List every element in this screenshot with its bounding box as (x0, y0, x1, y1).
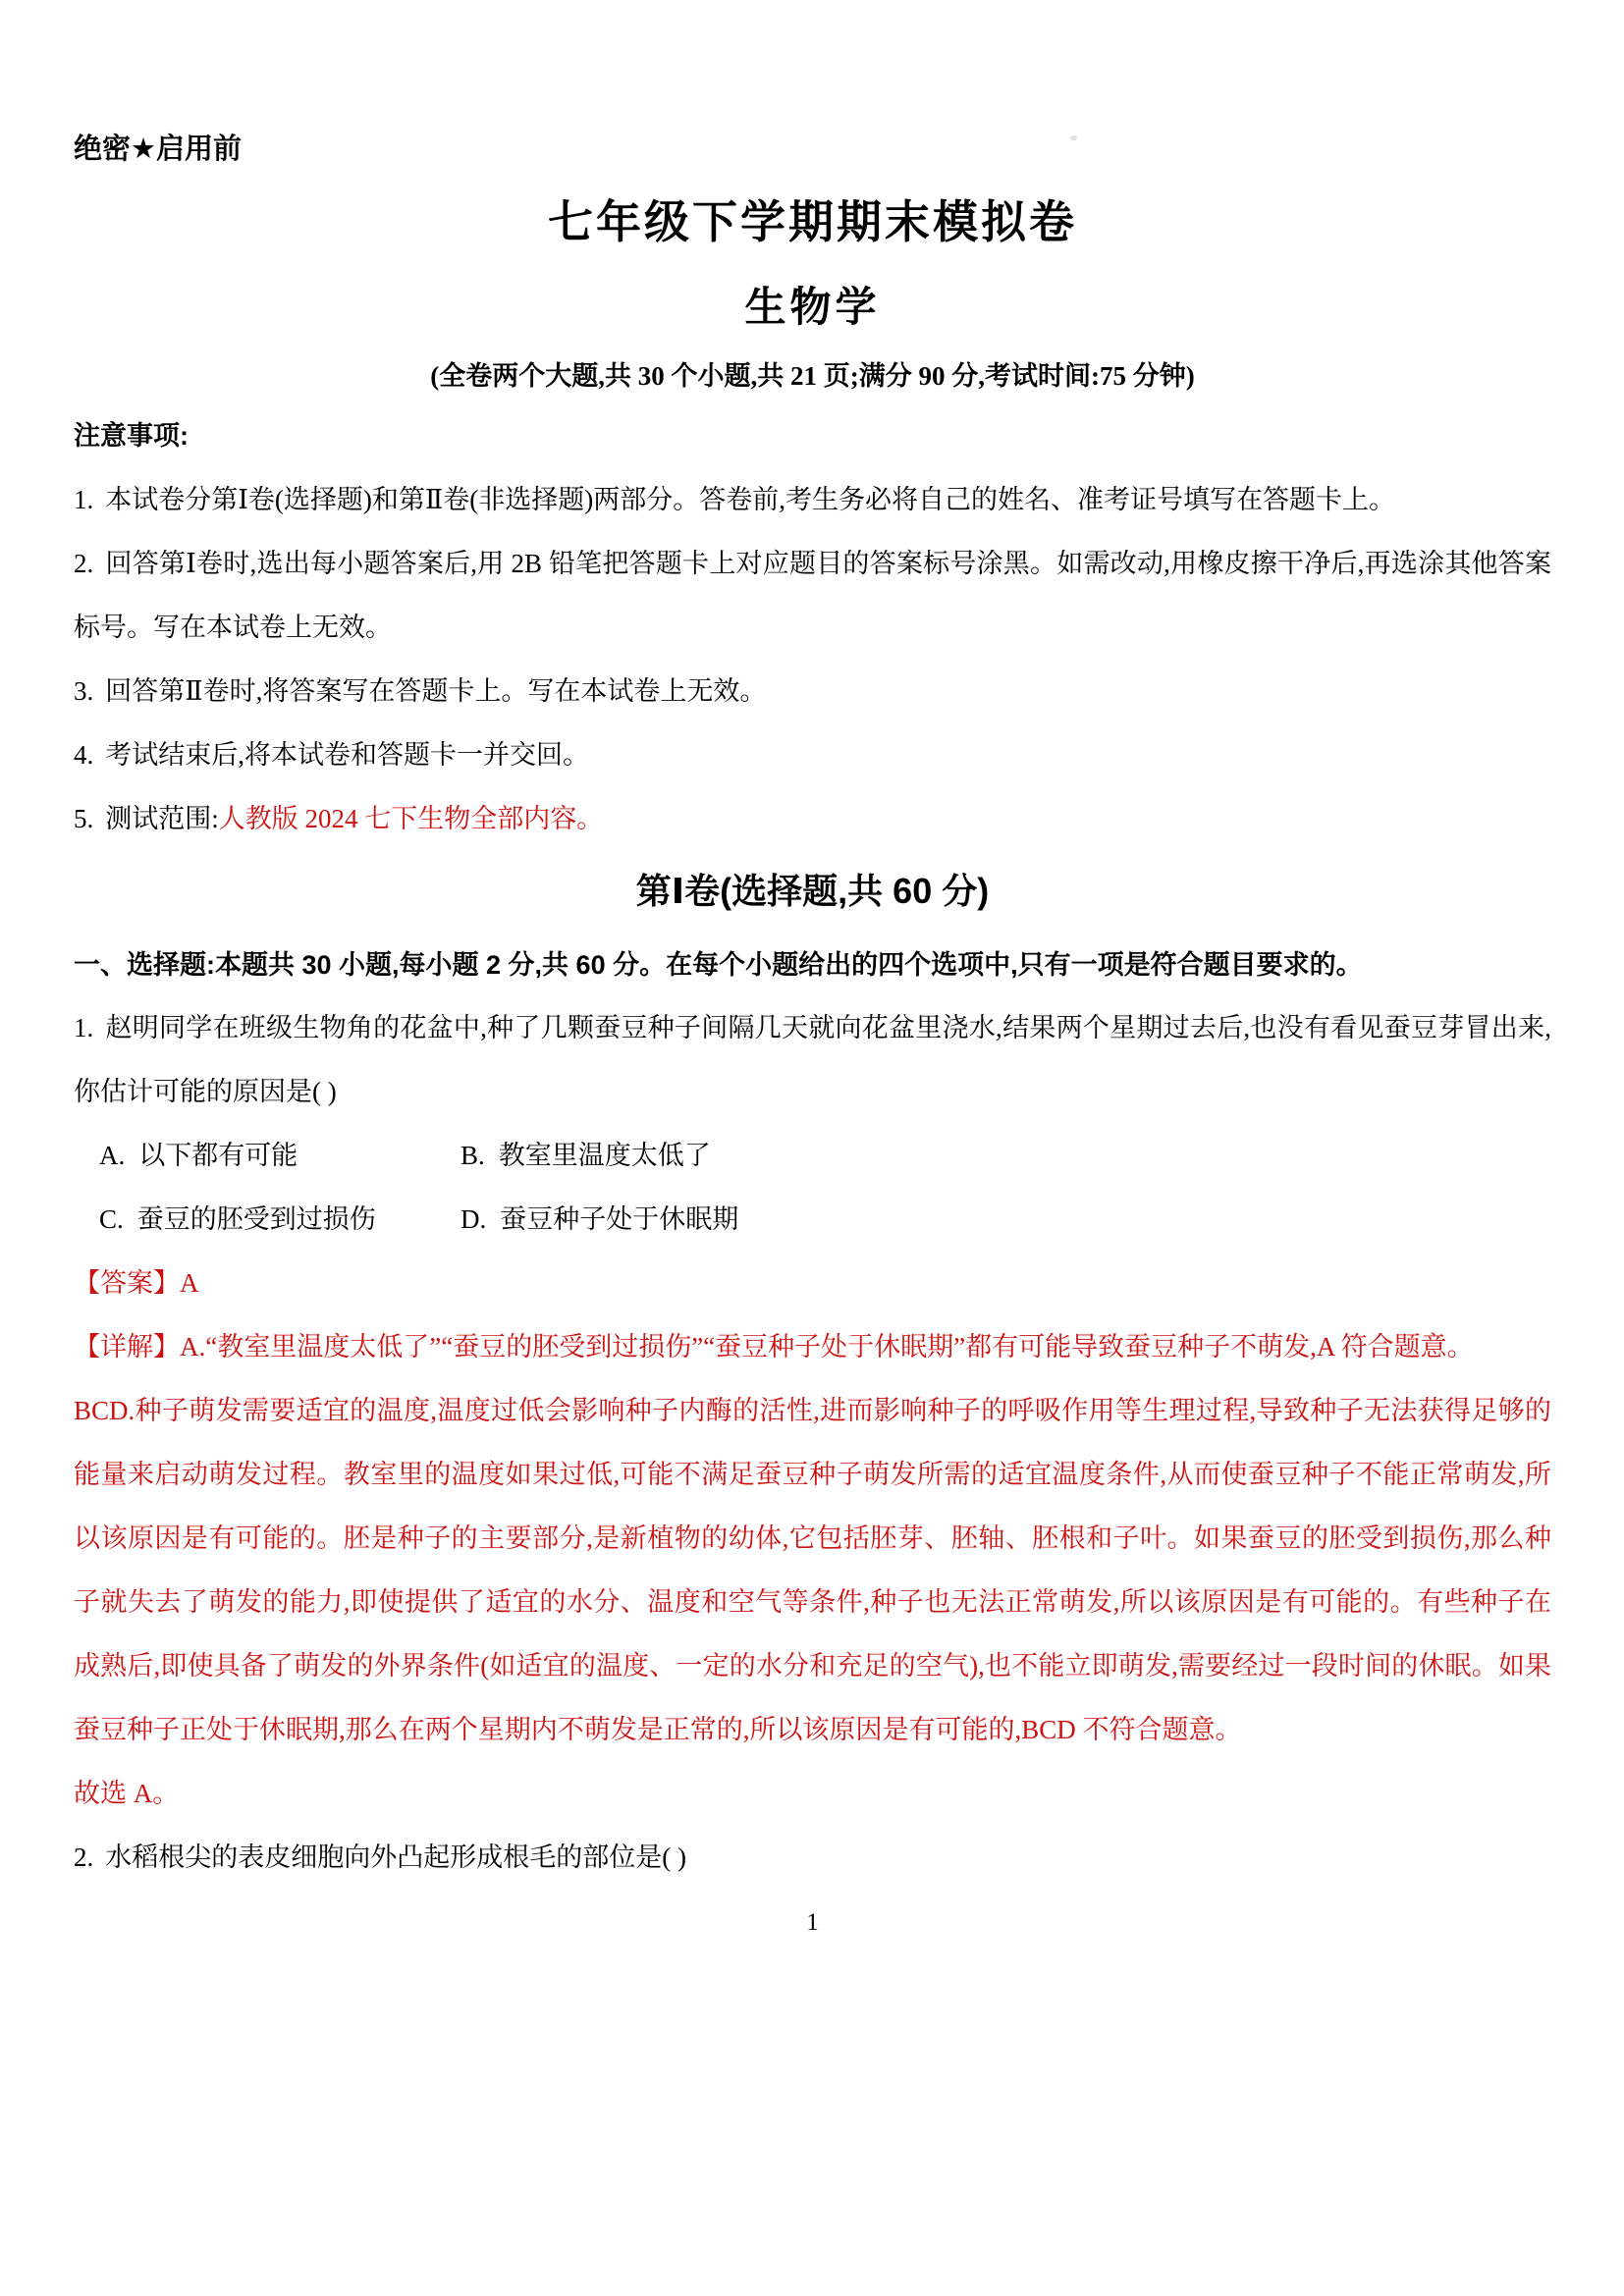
option-label: B. (460, 1141, 485, 1170)
exam-paper-page: { "colors": { "red": "#cc1111", "ink": "… (0, 0, 1624, 2296)
paper-meta-line: (全卷两个大题,共 30 个小题,共 21 页;满分 90 分,考试时间:75 … (74, 359, 1551, 393)
notice-item-2: 2.回答第Ⅰ卷时,选出每小题答案后,用 2B 铅笔把答题卡上对应题目的答案标号涂… (74, 532, 1551, 660)
question-stem-text: 赵明同学在班级生物角的花盆中,种了几颗蚕豆种子间隔几天就向花盆里浇水,结果两个星… (74, 1013, 1551, 1106)
option-label: A. (99, 1141, 125, 1170)
notice-item-1: 1.本试卷分第Ⅰ卷(选择题)和第Ⅱ卷(非选择题)两部分。答卷前,考生务必将自己的… (74, 468, 1551, 532)
notice-item-number: 3. (74, 676, 93, 706)
option-b: B.教室里温度太低了 (460, 1124, 1551, 1188)
option-text: 教室里温度太低了 (499, 1141, 711, 1170)
answer-value: A (180, 1268, 199, 1298)
subject-title: 生物学 (74, 283, 1551, 332)
notice-item-text: 回答第Ⅱ卷时,将答案写在答题卡上。写在本试卷上无效。 (105, 676, 766, 706)
notice-item-number: 5. (74, 804, 93, 833)
analysis-text: A.“教室里温度太低了”“蚕豆的胚受到过损伤”“蚕豆种子处于休眠期”都有可能导致… (180, 1332, 1474, 1362)
notice-item-number: 2. (74, 549, 93, 578)
option-label: C. (99, 1204, 124, 1234)
option-c: C.蚕豆的胚受到过损伤 (99, 1188, 460, 1252)
analysis-paragraph-2: BCD.种子萌发需要适宜的温度,温度过低会影响种子内酶的活性,进而影响种子的呼吸… (74, 1379, 1551, 1762)
analysis-conclusion: 故选 A。 (74, 1762, 1551, 1826)
analysis-paragraph-1: 【详解】A.“教室里温度太低了”“蚕豆的胚受到过损伤”“蚕豆种子处于休眠期”都有… (74, 1315, 1551, 1379)
notice-item-number: 4. (74, 740, 93, 770)
option-text: 蚕豆的胚受到过损伤 (137, 1204, 376, 1234)
test-scope-highlight: 人教版 2024 七下生物全部内容。 (219, 804, 604, 833)
option-a: A.以下都有可能 (99, 1124, 460, 1188)
notice-item-text: 考试结束后,将本试卷和答题卡一并交回。 (105, 740, 589, 770)
scan-speck-artifact (1070, 135, 1077, 140)
page-number: 1 (74, 1894, 1551, 1952)
paper-title: 七年级下学期期末模拟卷 (74, 194, 1551, 249)
question-1-stem: 1.赵明同学在班级生物角的花盆中,种了几颗蚕豆种子间隔几天就向花盆里浇水,结果两… (74, 996, 1551, 1124)
question-number: 2. (74, 1842, 93, 1872)
notice-item-5: 5.测试范围:人教版 2024 七下生物全部内容。 (74, 787, 1551, 851)
answer-label: 【答案】 (74, 1268, 180, 1298)
question-2-stem: 2.水稻根尖的表皮细胞向外凸起形成根毛的部位是( ) (74, 1826, 1551, 1890)
section1-instruction: 一、选择题:本题共 30 小题,每小题 2 分,共 60 分。在每个小题给出的四… (74, 934, 1551, 996)
answer-line: 【答案】A (74, 1252, 1551, 1315)
notice-item-3: 3.回答第Ⅱ卷时,将答案写在答题卡上。写在本试卷上无效。 (74, 660, 1551, 723)
option-d: D.蚕豆种子处于休眠期 (460, 1188, 1551, 1252)
notice-heading: 注意事项: (74, 404, 1551, 468)
question-1-options: A.以下都有可能 B.教室里温度太低了 C.蚕豆的胚受到过损伤 D.蚕豆种子处于… (74, 1124, 1551, 1252)
notice-item-number: 1. (74, 485, 93, 514)
analysis-label: 【详解】 (74, 1332, 180, 1362)
question-stem-text: 水稻根尖的表皮细胞向外凸起形成根毛的部位是( ) (105, 1842, 686, 1872)
classified-banner: 绝密★启用前 (74, 132, 1551, 167)
notice-item-text: 本试卷分第Ⅰ卷(选择题)和第Ⅱ卷(非选择题)两部分。答卷前,考生务必将自己的姓名… (105, 485, 1395, 514)
notice-item-4: 4.考试结束后,将本试卷和答题卡一并交回。 (74, 723, 1551, 787)
notice-item-text: 回答第Ⅰ卷时,选出每小题答案后,用 2B 铅笔把答题卡上对应题目的答案标号涂黑。… (74, 549, 1551, 642)
section1-heading: 第Ⅰ卷(选择题,共 60 分) (74, 853, 1551, 930)
question-number: 1. (74, 1013, 93, 1042)
option-text: 以下都有可能 (138, 1141, 298, 1170)
document-page: 绝密★启用前 七年级下学期期末模拟卷 生物学 (全卷两个大题,共 30 个小题,… (0, 132, 1624, 1952)
notice-item-text: 测试范围: (105, 804, 219, 833)
option-text: 蚕豆种子处于休眠期 (500, 1204, 738, 1234)
option-label: D. (460, 1204, 486, 1234)
